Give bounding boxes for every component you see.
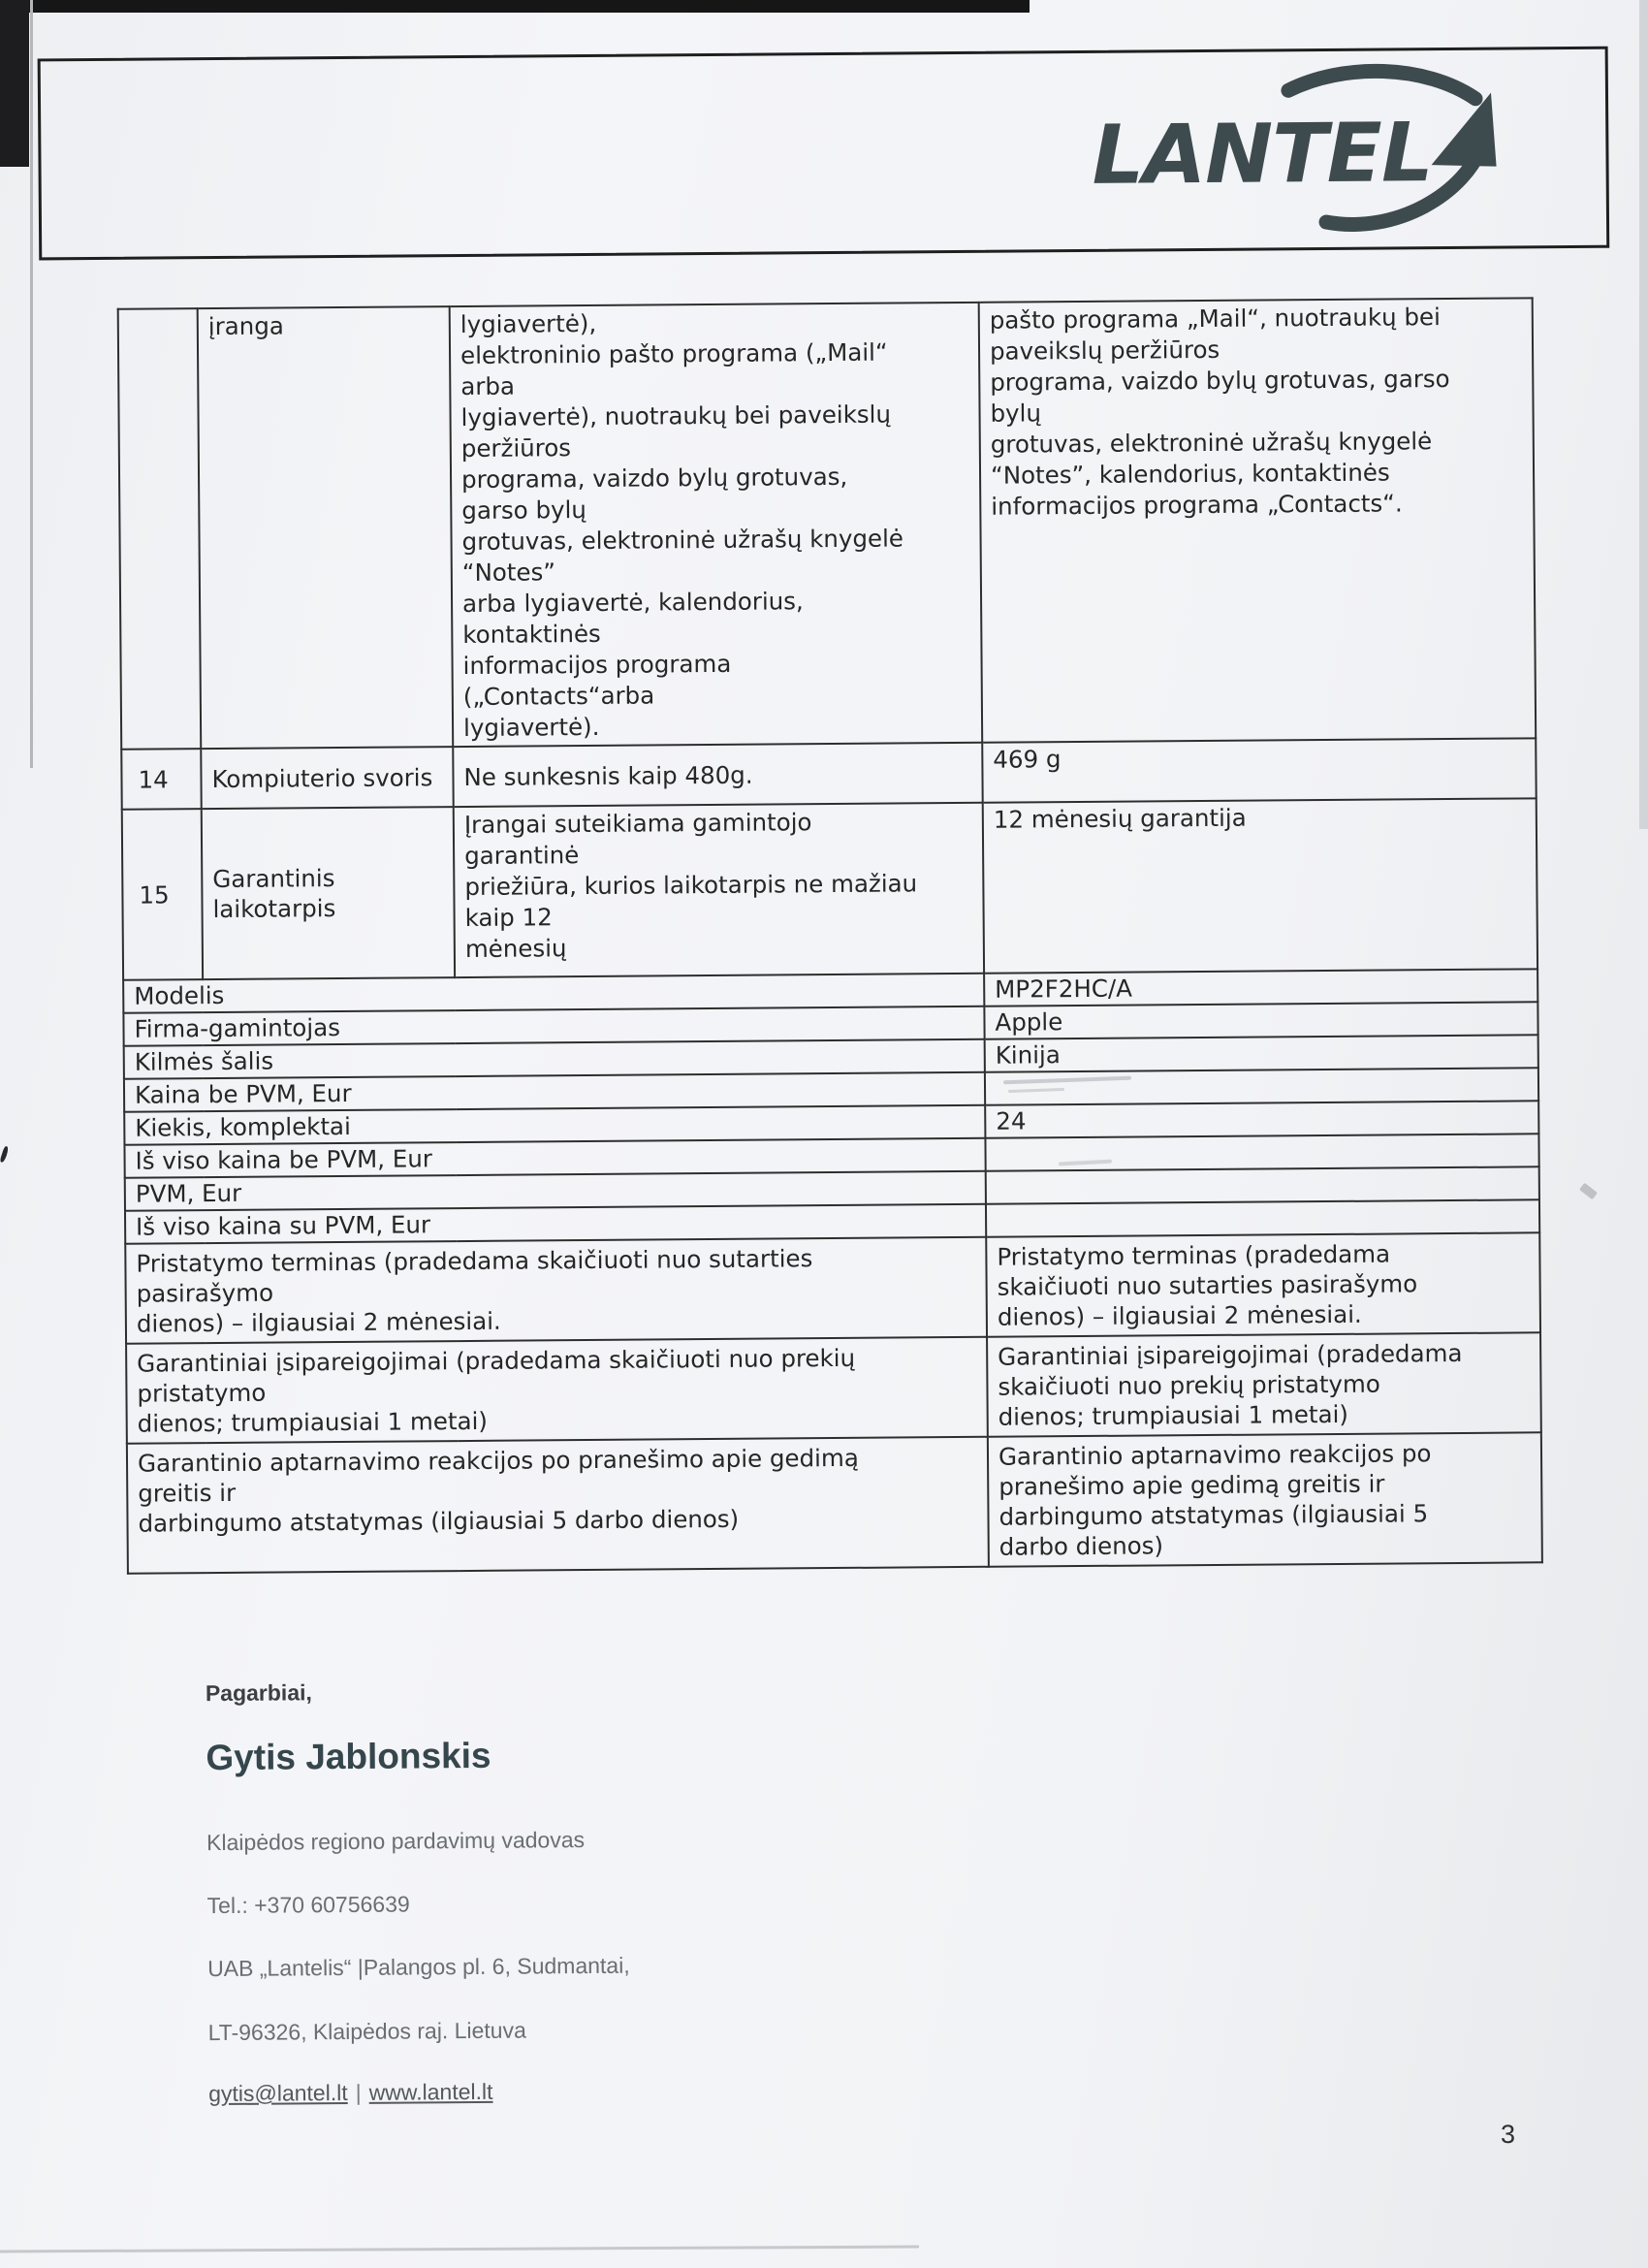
offer-cell: 12 mėnesių garantija bbox=[983, 798, 1537, 973]
row-label-cell: Kompiuterio svoris bbox=[201, 747, 453, 809]
page-number: 3 bbox=[1501, 2120, 1515, 2150]
signature-closing: Pagarbiai, bbox=[206, 1679, 312, 1707]
lantel-logo-graphic: LANTEL bbox=[1090, 61, 1517, 235]
table-row-iranga: įranga lygiavertė), elektroninio pašto p… bbox=[118, 298, 1537, 749]
terms-right: Garantinio aptarnavimo reakcijos po pran… bbox=[988, 1432, 1542, 1566]
signature-links: gytis@lantel.lt|www.lantel.lt bbox=[208, 2079, 493, 2107]
logo-swoosh-top bbox=[1288, 71, 1475, 101]
requirement-cell: lygiavertė), elektroninio pašto programa… bbox=[450, 303, 983, 747]
offer-cell: 469 g bbox=[982, 738, 1536, 802]
signature-company: UAB „Lantelis“ |Palangos pl. 6, Sudmanta… bbox=[207, 1953, 630, 1982]
letterhead-box: LANTEL bbox=[38, 47, 1610, 261]
table-row-14: 14 Kompiuterio svoris Ne sunkesnis kaip … bbox=[121, 738, 1536, 809]
requirement-cell: Ne sunkesnis kaip 480g. bbox=[453, 743, 982, 807]
signature-name: Gytis Jablonskis bbox=[206, 1736, 491, 1778]
summary-value: 24 bbox=[985, 1101, 1538, 1137]
signature-job-title: Klaipėdos regiono pardavimų vadovas bbox=[206, 1827, 585, 1856]
email-link[interactable]: gytis@lantel.lt bbox=[208, 2080, 348, 2106]
row-label-cell: Garantinis laikotarpis bbox=[202, 807, 455, 979]
signature-address: LT-96326, Klaipėdos raj. Lietuva bbox=[208, 2018, 526, 2047]
scanned-document-page: LANTEL įranga lygiavertė), elektroninio … bbox=[0, 0, 1648, 2268]
lantel-logo: LANTEL bbox=[1090, 61, 1517, 235]
summary-value bbox=[985, 1134, 1538, 1170]
summary-value: Apple bbox=[984, 1002, 1537, 1038]
requirement-cell: Įrangai suteikiama gamintojo garantinė p… bbox=[454, 803, 984, 977]
specification-table: įranga lygiavertė), elektroninio pašto p… bbox=[117, 297, 1543, 1574]
logo-arrow-icon bbox=[1431, 93, 1497, 168]
table-row-15: 15 Garantinis laikotarpis Įrangai suteik… bbox=[122, 798, 1537, 979]
summary-value bbox=[985, 1068, 1538, 1104]
row-label-cell: įranga bbox=[198, 306, 454, 749]
signature-phone: Tel.: +370 60756639 bbox=[207, 1891, 410, 1919]
row-number-cell: 15 bbox=[122, 809, 203, 980]
summary-value: Kinija bbox=[985, 1035, 1538, 1071]
website-link[interactable]: www.lantel.lt bbox=[369, 2079, 493, 2105]
terms-left: Pristatymo terminas (pradedama skaičiuot… bbox=[125, 1237, 987, 1344]
summary-value bbox=[986, 1199, 1539, 1236]
terms-row-pristatymas: Pristatymo terminas (pradedama skaičiuot… bbox=[125, 1232, 1540, 1343]
terms-left: Garantiniai įsipareigojimai (pradedama s… bbox=[126, 1337, 988, 1444]
terms-right: Garantiniai įsipareigojimai (pradedama s… bbox=[987, 1332, 1541, 1436]
terms-left: Garantinio aptarnavimo reakcijos po pran… bbox=[127, 1437, 989, 1574]
row-number-cell bbox=[118, 308, 202, 750]
offer-cell: pašto programa „Mail“, nuotraukų bei pav… bbox=[979, 298, 1537, 742]
terms-row-garantiniai: Garantiniai įsipareigojimai (pradedama s… bbox=[126, 1332, 1541, 1443]
summary-value: MP2F2HC/A bbox=[984, 969, 1537, 1006]
summary-value bbox=[986, 1166, 1539, 1203]
link-separator: | bbox=[348, 2080, 369, 2105]
logo-text: LANTEL bbox=[1092, 105, 1434, 203]
terms-right: Pristatymo terminas (pradedama skaičiuot… bbox=[986, 1232, 1540, 1336]
row-number-cell: 14 bbox=[121, 749, 201, 810]
terms-row-aptarnavimas: Garantinio aptarnavimo reakcijos po pran… bbox=[127, 1432, 1542, 1573]
